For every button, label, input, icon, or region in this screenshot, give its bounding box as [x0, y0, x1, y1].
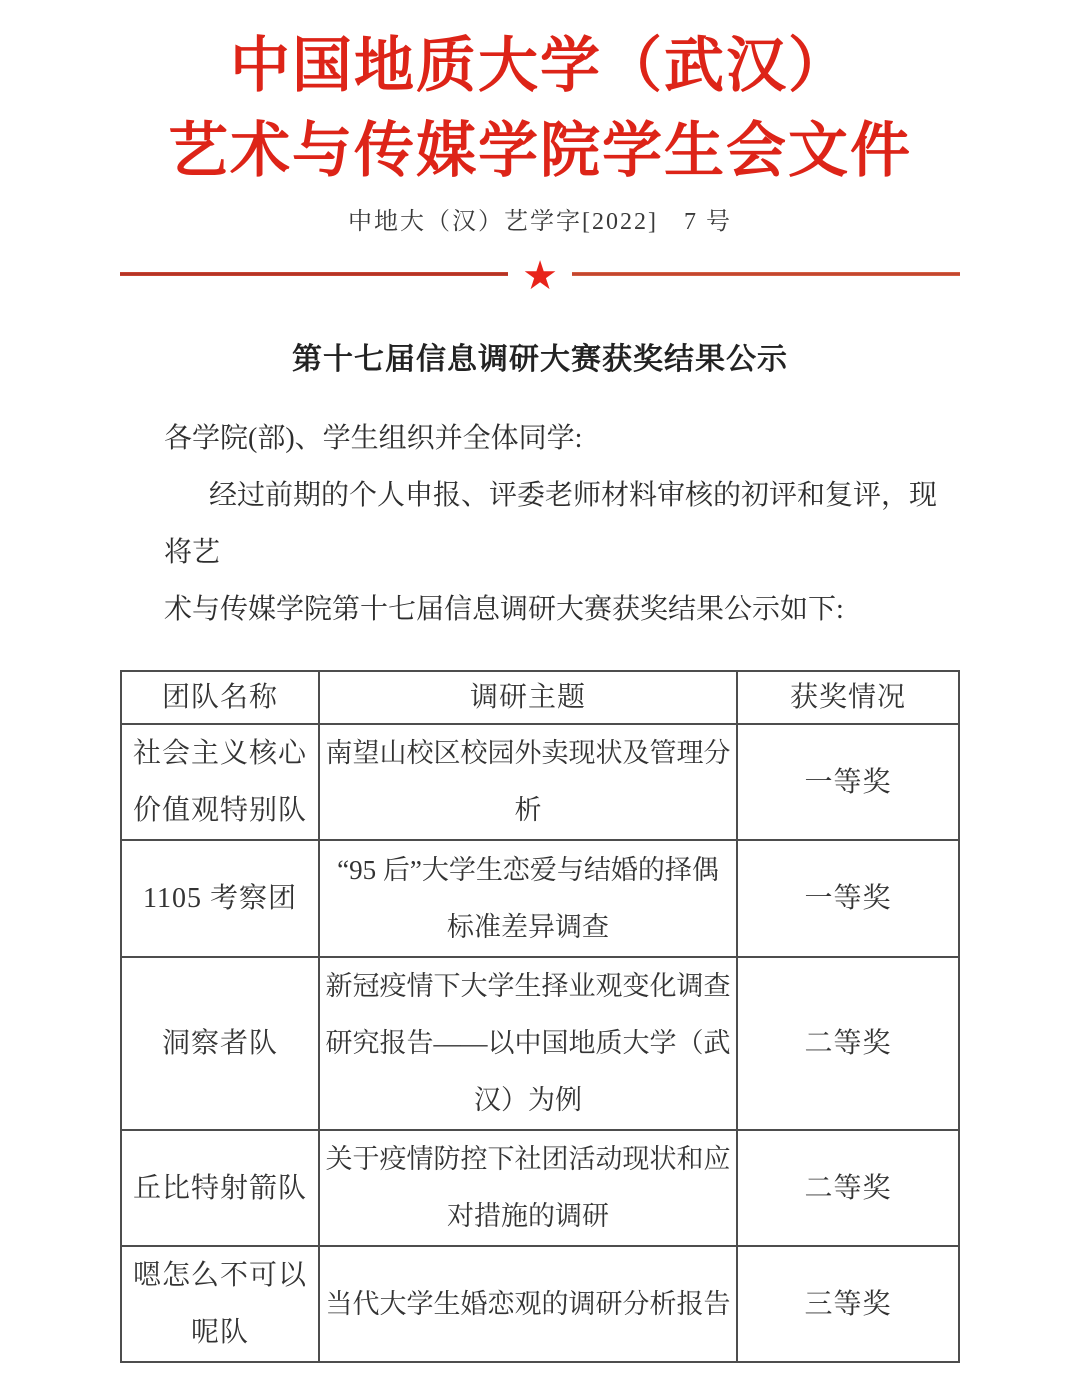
letterhead: 中国地质大学（武汉） 艺术与传媒学院学生会文件 [0, 0, 1080, 194]
team-cell: 嗯怎么不可以 呢队 [121, 1246, 319, 1362]
team-cell: 1105 考察团 [121, 840, 319, 957]
document-page: 中国地质大学（武汉） 艺术与传媒学院学生会文件 中地大（汉）艺学字[2022] … [0, 0, 1080, 1379]
team-cell: 社会主义核心 价值观特别队 [121, 724, 319, 840]
topic-cell: 新冠疫情下大学生择业观变化调查 研究报告——以中国地质大学（武 汉）为例 [319, 957, 737, 1130]
notice-paragraph: 经过前期的个人申报、评委老师材料审核的初评和复评，现将艺 术与传媒学院第十七届信… [120, 467, 960, 638]
salutation-line: 各学院(部)、学生组织并全体同学: [120, 410, 960, 467]
award-cell: 一等奖 [737, 840, 959, 957]
university-title-line2: 艺术与传媒学院学生会文件 [0, 109, 1080, 194]
bottom-margin [0, 1363, 1080, 1379]
topic-cell: “95 后”大学生恋爱与结婚的择偶 标准差异调查 [319, 840, 737, 957]
award-cell: 二等奖 [737, 1130, 959, 1246]
team-cell: 洞察者队 [121, 957, 319, 1130]
document-number: 中地大（汉）艺学字[2022] 7 号 [0, 206, 1080, 238]
red-divider: ★ [120, 254, 960, 294]
awards-table: 团队名称 调研主题 获奖情况 社会主义核心 价值观特别队 南望山校区校园外卖现状… [120, 670, 960, 1363]
award-cell: 二等奖 [737, 957, 959, 1130]
topic-cell: 关于疫情防控下社团活动现状和应 对措施的调研 [319, 1130, 737, 1246]
star-icon: ★ [522, 256, 558, 296]
col-header-award: 获奖情况 [737, 671, 959, 724]
table-row: 1105 考察团 “95 后”大学生恋爱与结婚的择偶 标准差异调查 一等奖 [121, 840, 959, 957]
notice-title: 第十七届信息调研大赛获奖结果公示 [0, 342, 1080, 378]
col-header-topic: 调研主题 [319, 671, 737, 724]
table-row: 嗯怎么不可以 呢队 当代大学生婚恋观的调研分析报告 三等奖 [121, 1246, 959, 1362]
table-row: 丘比特射箭队 关于疫情防控下社团活动现状和应 对措施的调研 二等奖 [121, 1130, 959, 1246]
divider-line-right [572, 272, 960, 276]
award-cell: 三等奖 [737, 1246, 959, 1362]
divider-line-left [120, 272, 508, 276]
team-cell: 丘比特射箭队 [121, 1130, 319, 1246]
col-header-team: 团队名称 [121, 671, 319, 724]
award-cell: 一等奖 [737, 724, 959, 840]
notice-body: 各学院(部)、学生组织并全体同学: 经过前期的个人申报、评委老师材料审核的初评和… [120, 410, 960, 638]
table-row: 洞察者队 新冠疫情下大学生择业观变化调查 研究报告——以中国地质大学（武 汉）为… [121, 957, 959, 1130]
topic-cell: 南望山校区校园外卖现状及管理分 析 [319, 724, 737, 840]
university-title-line1: 中国地质大学（武汉） [0, 24, 1080, 109]
table-row: 社会主义核心 价值观特别队 南望山校区校园外卖现状及管理分 析 一等奖 [121, 724, 959, 840]
topic-cell: 当代大学生婚恋观的调研分析报告 [319, 1246, 737, 1362]
table-header-row: 团队名称 调研主题 获奖情况 [121, 671, 959, 724]
